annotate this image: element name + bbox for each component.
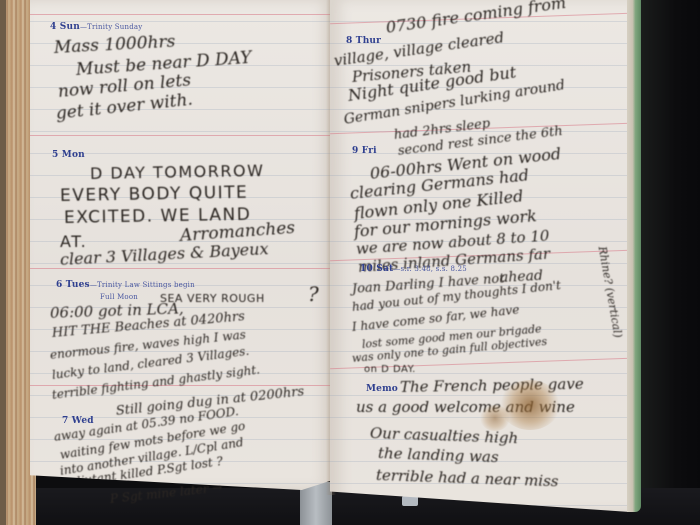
light-reflection bbox=[402, 496, 418, 506]
day-label-sat: 10 Sat—s.r. 3.48, s.s. 8.25 bbox=[360, 264, 467, 274]
day-label-sun: 4 Sun—Trinity Sunday bbox=[50, 22, 142, 32]
day-label-fri: 9 Fri bbox=[352, 146, 377, 156]
handwritten-line: ? bbox=[308, 282, 319, 306]
handwritten-line: D DAY TOMORROW bbox=[90, 161, 265, 183]
right-page: 8 Thur 0730 fire coming from village, vi… bbox=[330, 0, 630, 512]
handwritten-line: EVERY BODY QUITE bbox=[60, 183, 249, 206]
dark-background bbox=[640, 0, 700, 525]
diary-photo: 4 Sun—Trinity Sunday Mass 1000hrs Must b… bbox=[0, 0, 700, 525]
red-rule bbox=[30, 135, 332, 136]
ink-stain bbox=[480, 405, 510, 431]
green-cover-edge bbox=[627, 0, 641, 512]
day-label-thur: 8 Thur bbox=[346, 36, 381, 46]
red-rule bbox=[30, 14, 332, 15]
memo-label: Memo bbox=[366, 384, 398, 394]
day-label-tues: 6 Tues—Trinity Law Sittings begin bbox=[56, 280, 195, 290]
day-label-mon: 5 Mon bbox=[52, 150, 85, 160]
left-page: 4 Sun—Trinity Sunday Mass 1000hrs Must b… bbox=[30, 0, 332, 490]
handwritten-line: on D DAY. bbox=[364, 364, 416, 375]
